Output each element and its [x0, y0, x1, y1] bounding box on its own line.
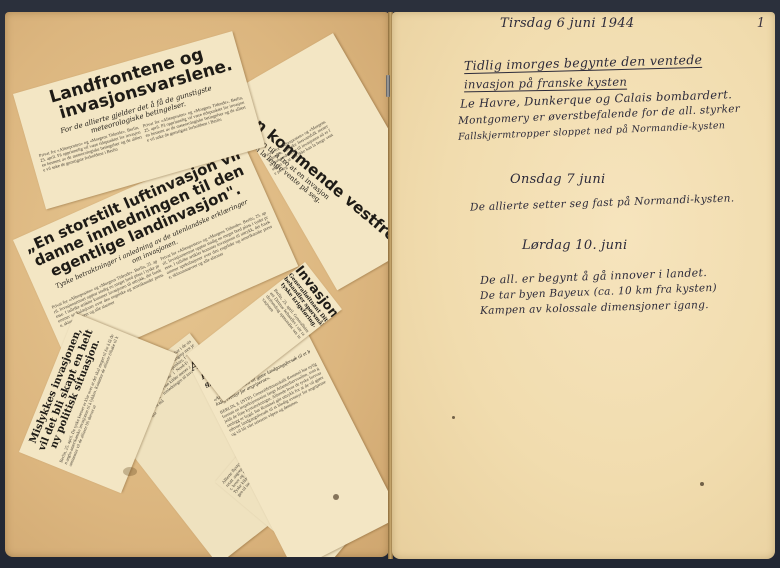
ink-spot: [452, 416, 455, 419]
diary-date: Tirsdag 6 juni 1944: [500, 16, 635, 31]
stain: [333, 494, 339, 500]
diary-date: Lørdag 10. juni: [522, 238, 627, 253]
diary-line: Tidlig imorges begynte den ventede: [464, 52, 703, 74]
diary-line: De allierte setter seg fast på Normandi-…: [470, 192, 735, 213]
page-number: 1: [757, 16, 765, 31]
left-page-clippings: Engelske og amerikanske aviser melder at…: [5, 12, 389, 557]
diary-date: Onsdag 7 juni: [510, 172, 605, 187]
right-page-diary: 1 Tirsdag 6 juni 1944 Tidlig imorges beg…: [392, 12, 775, 559]
diary-line: Kampen av kolossale dimensjoner igang.: [480, 299, 709, 317]
scrapbook-spread: Engelske og amerikanske aviser melder at…: [0, 0, 780, 568]
stain: [123, 467, 137, 476]
diary-line: invasjon på franske kysten: [464, 75, 627, 93]
ink-spot: [700, 482, 704, 486]
staple: [386, 75, 390, 97]
